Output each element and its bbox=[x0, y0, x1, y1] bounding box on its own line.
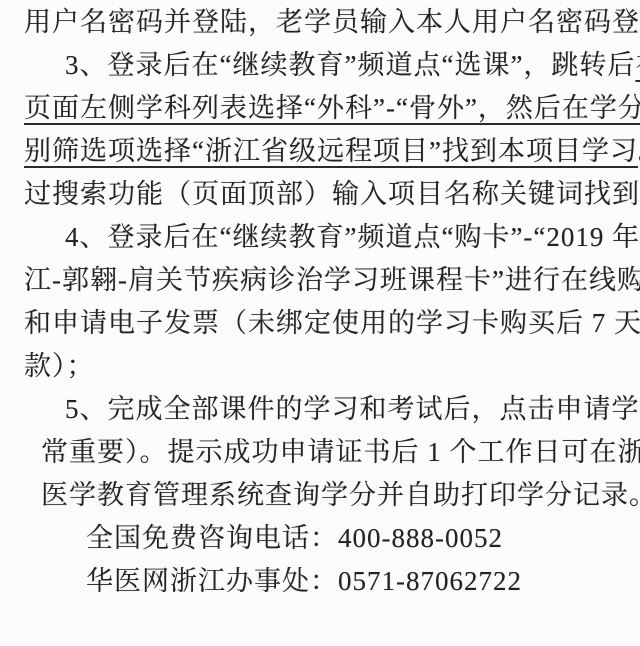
text-line: 3、登录后在“继续教育”频道点“选课”，跳转后在 bbox=[65, 44, 640, 87]
text-line: 全国免费咨询电话：400-888-0052 bbox=[86, 517, 640, 560]
text-line: 4、登录后在“继续教育”频道点“购卡”-“2019 年浙 bbox=[65, 216, 640, 259]
text-line: 华医网浙江办事处：0571-87062722 bbox=[86, 560, 640, 603]
text-segment: 过搜索功能（页面顶部）输入项目名称关键词找到本项目 bbox=[24, 179, 640, 209]
text-line: 款）； bbox=[24, 345, 640, 388]
text-segment: 常重要）。提示成功申请证书后 1 个工作日可在浙江省继续 bbox=[41, 437, 640, 467]
text-segment: 款）； bbox=[24, 351, 95, 381]
text-segment: 用户名密码并登陆，老学员输入本人用户名密码登陆； bbox=[24, 7, 640, 37]
underlined-text: 页面左侧学科列表选择“外科”-“骨外”，然后在学分类 bbox=[24, 93, 640, 123]
text-line: 和申请电子发票（未绑定使用的学习卡购买后 7 天内可退 bbox=[24, 302, 640, 345]
text-segment: 3、登录后在“继续教育”频道点“选课”，跳转后 bbox=[65, 50, 635, 80]
text-segment: 和申请电子发票（未绑定使用的学习卡购买后 7 天内可退 bbox=[24, 308, 640, 338]
text-line: 医学教育管理系统查询学分并自助打印学分记录。 bbox=[41, 474, 640, 517]
text-line: 页面左侧学科列表选择“外科”-“骨外”，然后在学分类 bbox=[24, 87, 640, 130]
text-segment: 华医网浙江办事处：0571-87062722 bbox=[86, 566, 522, 596]
underlined-text: 别筛选项选择“浙江省级远程项目”找到本项目学习 bbox=[24, 136, 638, 166]
text-segment: 医学教育管理系统查询学分并自助打印学分记录。 bbox=[41, 480, 640, 510]
text-line: 别筛选项选择“浙江省级远程项目”找到本项目学习。或通 bbox=[24, 130, 640, 173]
text-segment: 江-郭翱-肩关节疾病诊治学习班课程卡”进行在线购卡缴费 bbox=[24, 265, 640, 295]
text-segment: 4、登录后在“继续教育”频道点“购卡”-“2019 年浙 bbox=[65, 222, 640, 252]
underlined-text: 在 bbox=[635, 50, 640, 80]
text-line: 江-郭翱-肩关节疾病诊治学习班课程卡”进行在线购卡缴费 bbox=[24, 259, 640, 302]
text-segment: 5、完成全部课件的学习和考试后，点击申请学分（非 bbox=[65, 394, 640, 424]
document-page: 用户名密码并登陆，老学员输入本人用户名密码登陆；3、登录后在“继续教育”频道点“… bbox=[0, 0, 640, 646]
text-line: 过搜索功能（页面顶部）输入项目名称关键词找到本项目 bbox=[24, 173, 640, 216]
text-line: 5、完成全部课件的学习和考试后，点击申请学分（非 bbox=[65, 388, 640, 431]
text-line: 常重要）。提示成功申请证书后 1 个工作日可在浙江省继续 bbox=[41, 431, 640, 474]
text-line: 用户名密码并登陆，老学员输入本人用户名密码登陆； bbox=[24, 1, 640, 44]
text-segment: 全国免费咨询电话：400-888-0052 bbox=[86, 523, 503, 553]
